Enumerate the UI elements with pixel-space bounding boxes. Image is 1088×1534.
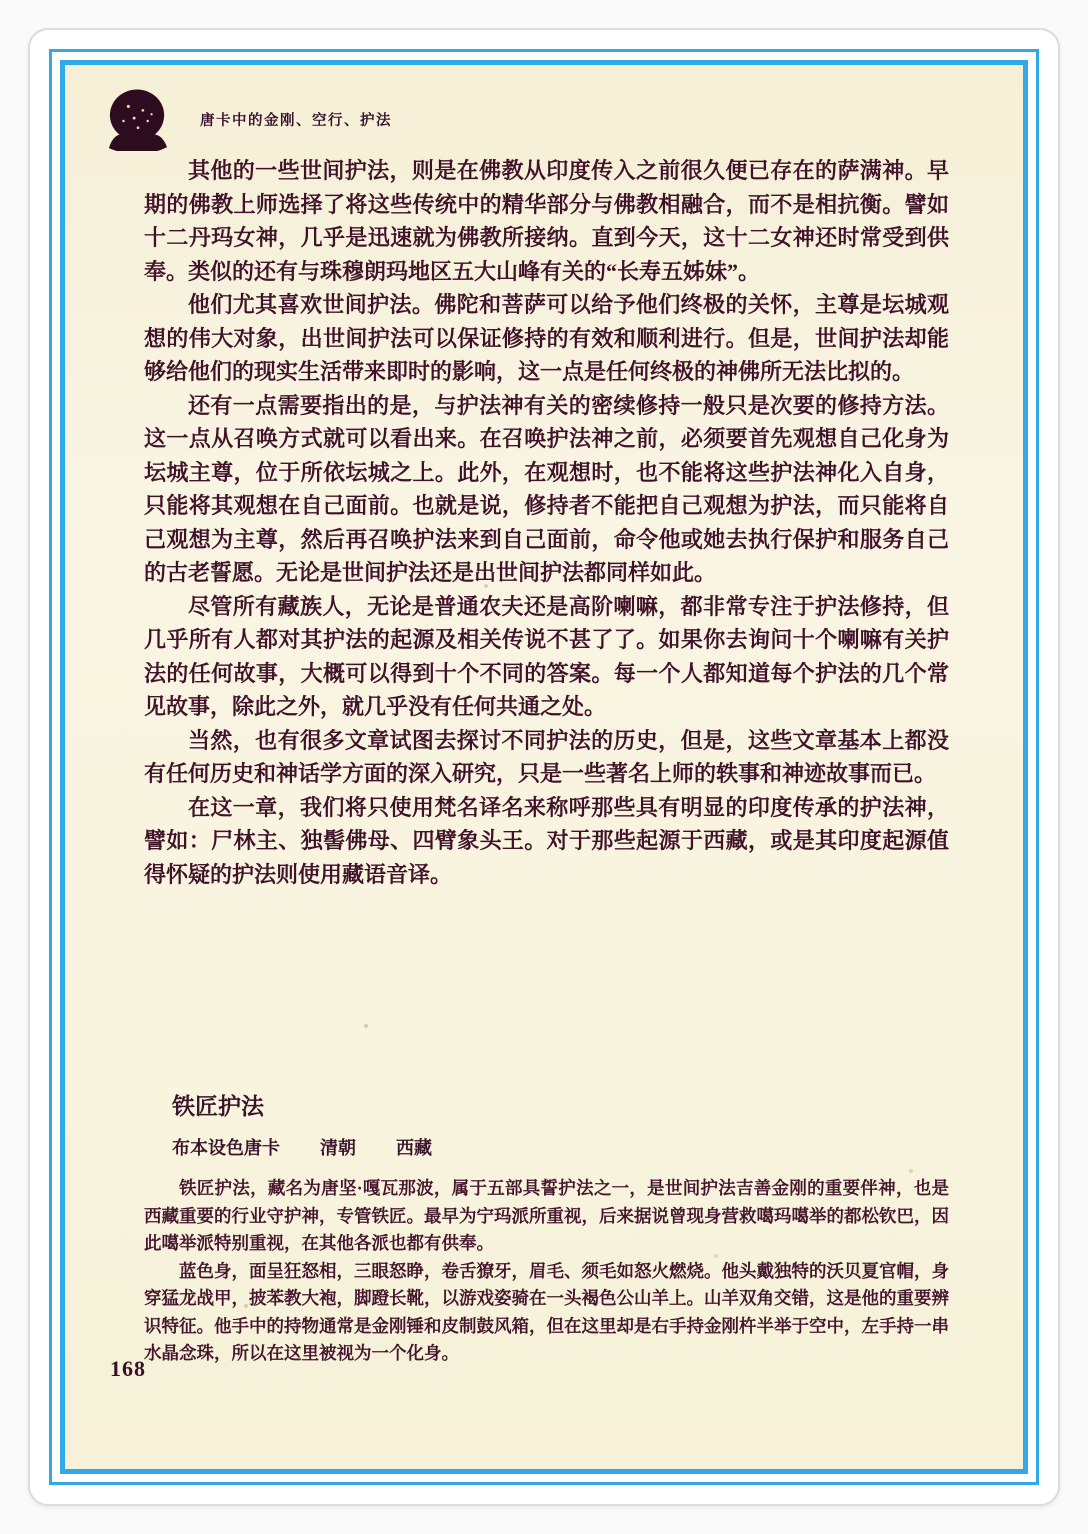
main-body-text: 其他的一些世间护法，则是在佛教从印度传入之前很久便已存在的萨满神。早期的佛教上师…	[144, 154, 949, 891]
caption-heading: 铁匠护法	[172, 1088, 949, 1121]
caption-section: 铁匠护法 布本设色唐卡 清朝 西藏 铁匠护法，藏名为唐坚·嘎瓦那波，属于五部具誓…	[144, 1088, 949, 1368]
scan-background: 唐卡中的金刚、空行、护法 其他的一些世间护法，则是在佛教从印度传入之前很久便已存…	[0, 0, 1088, 1534]
caption-body: 铁匠护法，藏名为唐坚·嘎瓦那波，属于五部具誓护法之一，是世间护法吉善金刚的重要伴…	[144, 1175, 949, 1368]
inner-blue-border: 唐卡中的金刚、空行、护法 其他的一些世间护法，则是在佛教从印度传入之前很久便已存…	[60, 60, 1028, 1474]
paragraph: 当然，也有很多文章试图去探讨不同护法的历史，但是，这些文章基本上都没有任何历史和…	[144, 724, 949, 791]
buddha-head-icon	[89, 89, 187, 151]
chapter-title: 唐卡中的金刚、空行、护法	[200, 109, 392, 132]
subtitle-dynasty: 清朝	[320, 1134, 356, 1160]
paragraph: 尽管所有藏族人，无论是普通农夫还是高阶喇嘛，都非常专注于护法修持，但几乎所有人都…	[144, 590, 949, 724]
page-content: 唐卡中的金刚、空行、护法 其他的一些世间护法，则是在佛教从印度传入之前很久便已存…	[65, 65, 1023, 1469]
paragraph: 在这一章，我们将只使用梵名译名来称呼那些具有明显的印度传承的护法神，譬如：尸林主…	[144, 791, 949, 892]
paragraph: 他们尤其喜欢世间护法。佛陀和菩萨可以给予他们终极的关怀，主尊是坛城观想的伟大对象…	[144, 288, 949, 389]
chapter-header: 唐卡中的金刚、空行、护法	[89, 89, 392, 151]
caption-subtitle: 布本设色唐卡 清朝 西藏	[172, 1134, 949, 1160]
book-page-card: 唐卡中的金刚、空行、护法 其他的一些世间护法，则是在佛教从印度传入之前很久便已存…	[28, 28, 1060, 1506]
subtitle-medium: 布本设色唐卡	[172, 1134, 280, 1160]
paragraph: 铁匠护法，藏名为唐坚·嘎瓦那波，属于五部具誓护法之一，是世间护法吉善金刚的重要伴…	[144, 1175, 949, 1258]
paper-speckles	[65, 65, 67, 67]
outer-blue-border: 唐卡中的金刚、空行、护法 其他的一些世间护法，则是在佛教从印度传入之前很久便已存…	[49, 49, 1039, 1485]
paragraph: 其他的一些世间护法，则是在佛教从印度传入之前很久便已存在的萨满神。早期的佛教上师…	[144, 154, 949, 288]
paragraph: 还有一点需要指出的是，与护法神有关的密续修持一般只是次要的修持方法。这一点从召唤…	[144, 389, 949, 590]
paragraph: 蓝色身，面呈狂怒相，三眼怒睁，卷舌獠牙，眉毛、须毛如怒火燃烧。他头戴独特的沃贝夏…	[144, 1258, 949, 1368]
page-number: 168	[110, 1356, 146, 1382]
subtitle-region: 西藏	[396, 1134, 432, 1160]
